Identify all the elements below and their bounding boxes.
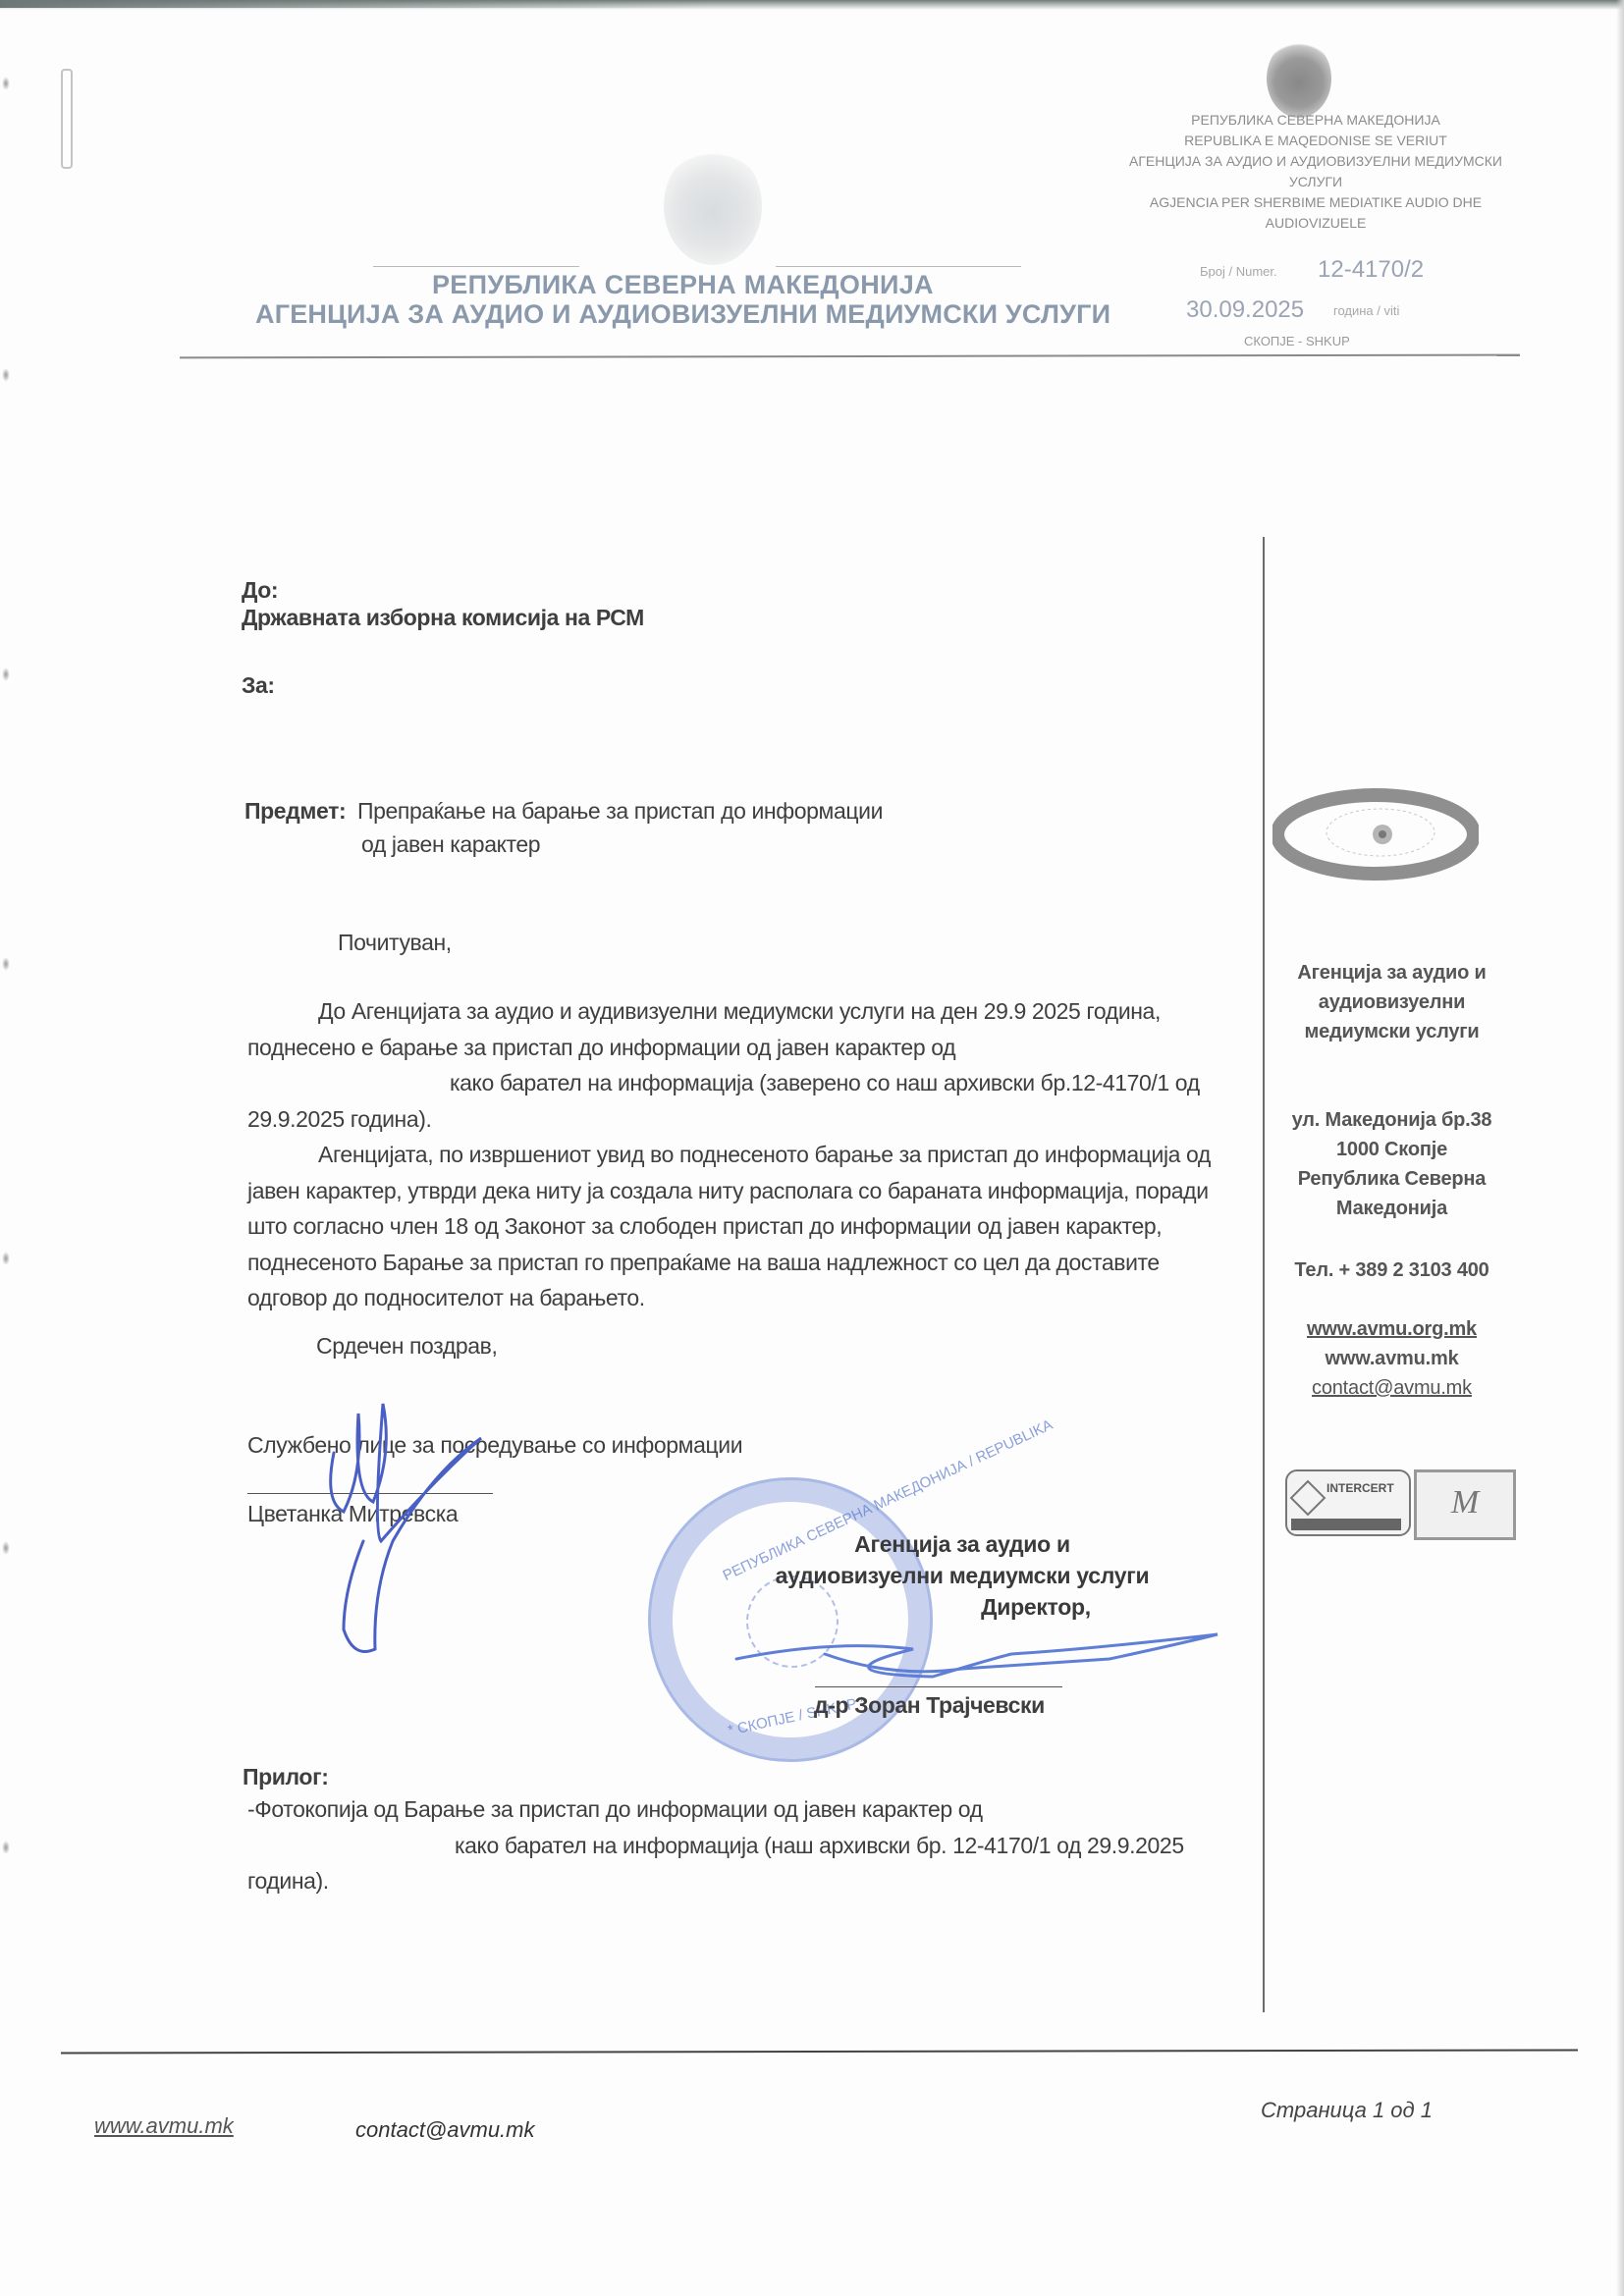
coat-of-arms-icon	[664, 147, 762, 265]
official-signature-icon	[314, 1394, 491, 1679]
sidebar-agency-line: Агенција за аудио и	[1267, 958, 1517, 988]
intercert-badge: INTERCERT	[1285, 1469, 1411, 1536]
intercert-bar	[1291, 1519, 1401, 1530]
address-line: Република Северна	[1267, 1164, 1517, 1194]
sidebar-agency-name: Агенција за аудио и аудиовизуелни медиум…	[1267, 958, 1517, 1046]
attachment-description: -Фотокопија од Барање за пристап до инфо…	[247, 1796, 983, 1822]
stamp-line: AUDIOVIZUELE	[1080, 213, 1551, 234]
recipient-name: Државната изборна комисија на РСМ	[242, 605, 644, 631]
paragraph-2: Агенцијата, по извршениот увид во поднес…	[247, 1137, 1239, 1316]
footer-website-link[interactable]: www.avmu.mk	[94, 2113, 234, 2139]
sidebar-address: ул. Македонија бр.38 1000 Скопје Републи…	[1267, 1105, 1517, 1223]
scan-dust	[2, 1541, 10, 1555]
subject-line-1: Препраќање на барање за пристап до инфор…	[357, 798, 883, 825]
paragraph-1-continuation: како барател на информација (заверено со…	[247, 1070, 1200, 1132]
address-line: Македонија	[1267, 1194, 1517, 1223]
agency-title: АГЕНЦИЈА ЗА АУДИО И АУДИОВИЗУЕЛНИ МЕДИУМ…	[255, 299, 1110, 330]
attachment-text: -Фотокопија од Барање за пристап до инфо…	[247, 1791, 1239, 1899]
greeting: Почитуван,	[338, 930, 452, 956]
subject-label: Предмет:	[244, 798, 346, 825]
paragraph-2-text: Агенцијата, по извршениот увид во поднес…	[247, 1142, 1211, 1310]
footer-rule	[61, 2050, 1578, 2055]
attachment-continuation: како барател на информација (наш архивск…	[247, 1833, 1184, 1895]
attachment-label: Прилог:	[243, 1764, 329, 1790]
paragraph-1-text: До Агенцијата за аудио и аудивизуелни ме…	[247, 998, 1161, 1060]
director-label: Директор,	[707, 1591, 1218, 1623]
registration-year-label: година / viti	[1333, 303, 1399, 318]
sidebar-divider	[1263, 537, 1265, 2012]
stamp-line: УСЛУГИ	[1080, 172, 1551, 192]
paragraph-1: До Агенцијата за аудио и аудивизуелни ме…	[247, 993, 1239, 1137]
header-divider-right	[776, 266, 1021, 267]
intercert-label: INTERCERT	[1326, 1481, 1394, 1495]
scan-dust	[2, 368, 10, 382]
scan-dust	[2, 1252, 10, 1265]
stamp-line: AGJENCIA PER SHERBIME MEDIATIKE AUDIO DH…	[1080, 192, 1551, 213]
agency-signature-block: Агенција за аудио и аудиовизуелни медиум…	[707, 1528, 1218, 1623]
country-title: РЕПУБЛИКА СЕВЕРНА МАКЕДОНИЈА	[432, 270, 934, 300]
registration-city: СКОПЈЕ - SHKUP	[1244, 334, 1350, 348]
address-line: 1000 Скопје	[1267, 1135, 1517, 1164]
scan-dust	[2, 667, 10, 681]
stamp-line: РЕПУБЛИКА СЕВЕРНА МАКЕДОНИЈА	[1080, 110, 1551, 131]
scan-shadow-top-left	[0, 0, 707, 8]
registration-date: 30.09.2025	[1186, 296, 1304, 324]
sidebar-phone: Тел. + 389 2 3103 400	[1267, 1255, 1517, 1285]
footer-email[interactable]: contact@avmu.mk	[355, 2117, 535, 2143]
subject-line-2: од јавен карактер	[361, 831, 540, 858]
page-number: Страница 1 од 1	[1261, 2098, 1433, 2123]
website-link-org[interactable]: www.avmu.org.mk	[1267, 1314, 1517, 1344]
scan-dust	[2, 1841, 10, 1854]
director-signature-icon	[717, 1620, 1227, 1698]
registration-number: 12-4170/2	[1318, 256, 1424, 284]
agency-sign-line-2: аудиовизуелни медиумски услуги	[707, 1560, 1218, 1591]
scan-dust	[2, 77, 10, 90]
stamp-line: REPUBLIKA E MAQEDONISE SE VERIUT	[1080, 131, 1551, 151]
recipient-label: До:	[242, 577, 278, 604]
closing: Срдечен поздрав,	[316, 1333, 497, 1360]
avmu-eye-logo-icon	[1272, 785, 1479, 883]
email-link[interactable]: contact@avmu.mk	[1267, 1373, 1517, 1403]
sidebar-web-links: www.avmu.org.mk www.avmu.mk contact@avmu…	[1267, 1314, 1517, 1403]
intercert-diamond-icon	[1290, 1480, 1326, 1517]
agency-sign-line-1: Агенција за аудио и	[707, 1528, 1218, 1560]
sidebar-agency-line: медиумски услуги	[1267, 1017, 1517, 1046]
certificate-m-badge: M	[1414, 1469, 1516, 1540]
website-link[interactable]: www.avmu.mk	[1267, 1344, 1517, 1373]
stamp-line: АГЕНЦИЈА ЗА АУДИО И АУДИОВИЗУЕЛНИ МЕДИУМ…	[1080, 151, 1551, 172]
scan-shadow-right	[1616, 0, 1624, 2296]
header-rule	[180, 354, 1520, 359]
coat-of-arms-icon	[1267, 39, 1331, 118]
sidebar-agency-line: аудиовизуелни	[1267, 988, 1517, 1017]
registration-stamp: РЕПУБЛИКА СЕВЕРНА МАКЕДОНИЈА REPUBLIKA E…	[1080, 110, 1551, 234]
address-line: ул. Македонија бр.38	[1267, 1105, 1517, 1135]
header-divider-left	[373, 266, 579, 267]
scan-dust	[2, 957, 10, 971]
registration-number-label: Број / Numer.	[1200, 264, 1277, 279]
staple-mark	[61, 69, 73, 169]
for-label: За:	[242, 672, 275, 699]
